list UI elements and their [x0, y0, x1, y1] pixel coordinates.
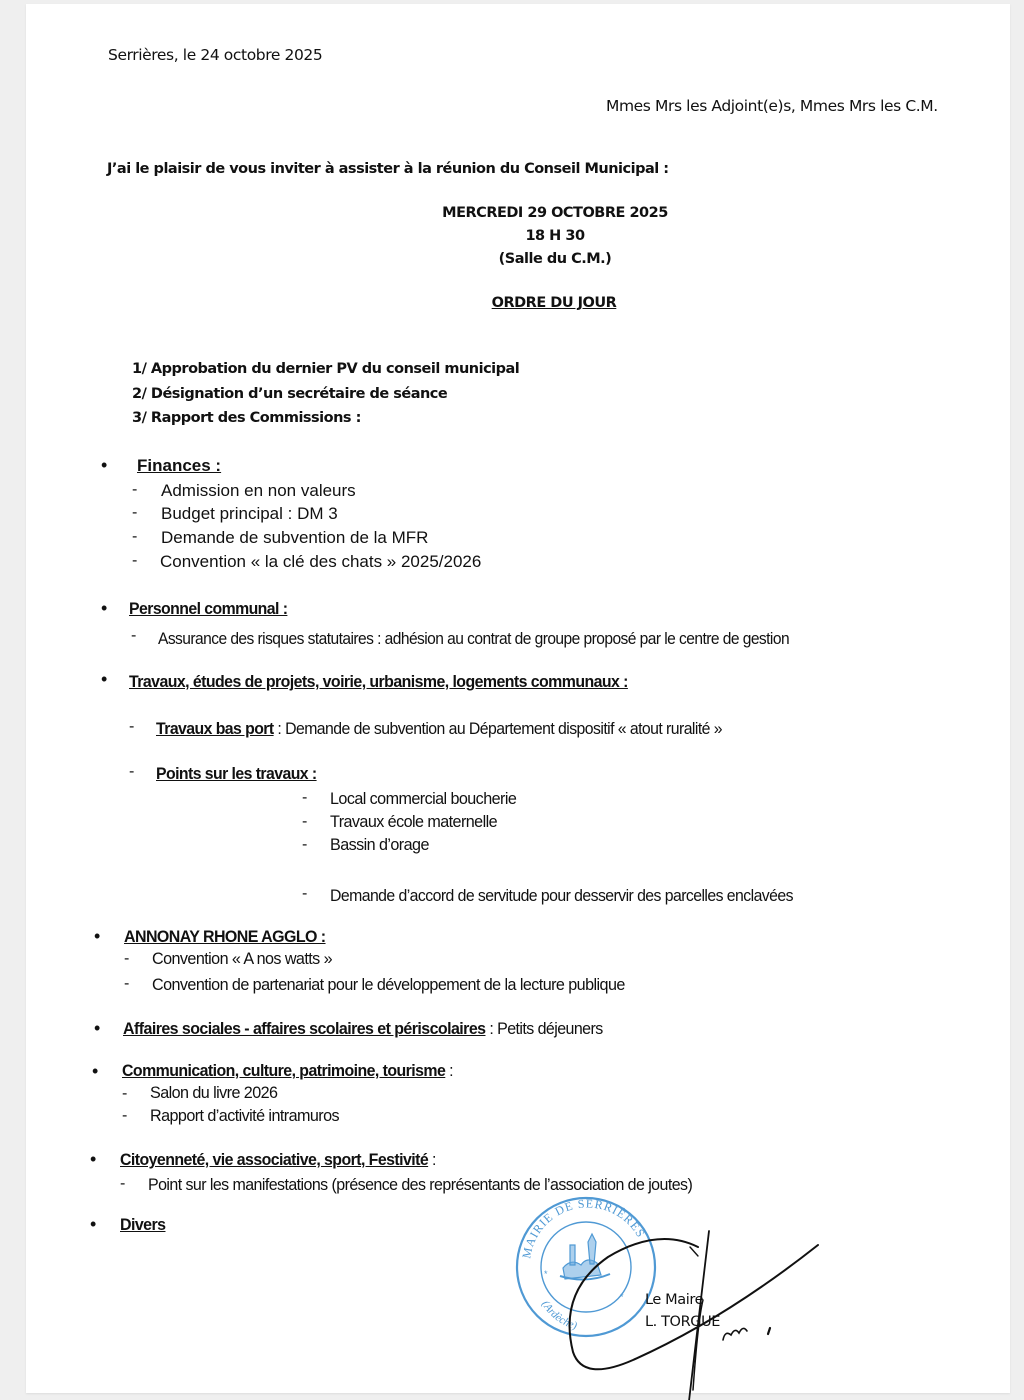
communication-item: Rapport d’activité intramuros: [150, 1106, 339, 1126]
dash-icon: -: [302, 813, 307, 831]
bullet-icon: •: [101, 669, 107, 690]
section-communication-title: Communication, culture, patrimoine, tour…: [122, 1061, 445, 1080]
agenda-title: ORDRE DU JOUR: [0, 295, 1024, 311]
dash-icon: -: [131, 627, 136, 645]
section-agglo-title: ANNONAY RHONE AGGLO :: [124, 927, 326, 947]
finances-item: Admission en non valeurs: [161, 481, 356, 501]
section-sociales-title: Affaires sociales - affaires scolaires e…: [123, 1019, 485, 1038]
personnel-item: Assurance des risques statutaires : adhé…: [158, 629, 789, 649]
finances-item: Budget principal : DM 3: [161, 504, 338, 524]
agglo-item: Convention de partenariat pour le dévelo…: [152, 975, 625, 995]
bullet-icon: •: [101, 455, 107, 476]
communication-suffix: :: [445, 1061, 453, 1080]
place-date: Serrières, le 24 octobre 2025: [108, 46, 322, 64]
dash-icon: -: [132, 552, 137, 570]
invitation-text: J’ai le plaisir de vous inviter à assist…: [107, 161, 669, 177]
citoyennete-suffix: :: [428, 1150, 436, 1169]
meeting-date: MERCREDI 29 OCTOBRE 2025: [0, 205, 1024, 221]
section-communication: Communication, culture, patrimoine, tour…: [122, 1061, 453, 1081]
mayor-role: Le Maire: [645, 1292, 703, 1308]
agenda-item-1: 1/ Approbation du dernier PV du conseil …: [132, 361, 519, 377]
sociales-text: : Petits déjeuners: [485, 1019, 602, 1038]
citoyennete-item: Point sur les manifestations (présence d…: [148, 1175, 692, 1195]
agenda-item-2: 2/ Désignation d’un secrétaire de séance: [132, 386, 447, 402]
dash-icon: -: [132, 528, 137, 546]
servitude-item: Demande d’accord de servitude pour desse…: [330, 886, 793, 906]
dash-icon: -: [132, 504, 137, 522]
bas-port-label: Travaux bas port: [156, 719, 274, 738]
section-citoyennete: Citoyenneté, vie associative, sport, Fes…: [120, 1150, 436, 1170]
bullet-icon: •: [90, 1149, 96, 1170]
section-citoyennete-title: Citoyenneté, vie associative, sport, Fes…: [120, 1150, 428, 1169]
dash-icon: -: [122, 1107, 127, 1125]
section-personnel-title: Personnel communal :: [129, 599, 287, 619]
communication-item: Salon du livre 2026: [150, 1083, 277, 1103]
mayor-name: L. TORGUE: [645, 1314, 720, 1330]
bullet-icon: •: [94, 1018, 100, 1039]
dash-icon: -: [129, 718, 134, 736]
section-sociales: Affaires sociales - affaires scolaires e…: [123, 1019, 603, 1039]
agenda-item-3: 3/ Rapport des Commissions :: [132, 410, 361, 426]
meeting-location: (Salle du C.M.): [0, 251, 1024, 267]
meeting-time: 18 H 30: [0, 228, 1024, 244]
dash-icon: -: [302, 789, 307, 807]
points-travaux-item: Local commercial boucherie: [330, 789, 516, 809]
dash-icon: -: [122, 1085, 127, 1103]
dash-icon: -: [302, 885, 307, 903]
bas-port-text: : Demande de subvention au Département d…: [274, 719, 722, 738]
dash-icon: -: [124, 950, 129, 968]
section-finances-title: Finances :: [137, 456, 221, 476]
dash-icon: -: [302, 836, 307, 854]
points-travaux-item: Travaux école maternelle: [330, 812, 497, 832]
bullet-icon: •: [90, 1214, 96, 1235]
dash-icon: -: [124, 975, 129, 993]
dash-icon: -: [120, 1175, 125, 1193]
bullet-icon: •: [94, 926, 100, 947]
dash-icon: -: [129, 763, 134, 781]
points-travaux-label: Points sur les travaux :: [156, 764, 317, 784]
finances-item: Convention « la clé des chats » 2025/202…: [160, 552, 481, 572]
bullet-icon: •: [101, 598, 107, 619]
bullet-icon: •: [92, 1061, 98, 1082]
recipients: Mmes Mrs les Adjoint(e)s, Mmes Mrs les C…: [606, 97, 938, 115]
agglo-item: Convention « A nos watts »: [152, 949, 332, 969]
section-travaux-title: Travaux, études de projets, voirie, urba…: [129, 672, 628, 692]
section-divers-title: Divers: [120, 1215, 165, 1235]
points-travaux-item: Bassin d’orage: [330, 835, 429, 855]
dash-icon: -: [132, 481, 137, 499]
finances-item: Demande de subvention de la MFR: [161, 528, 428, 548]
travaux-bas-port: Travaux bas port : Demande de subvention…: [156, 719, 722, 739]
